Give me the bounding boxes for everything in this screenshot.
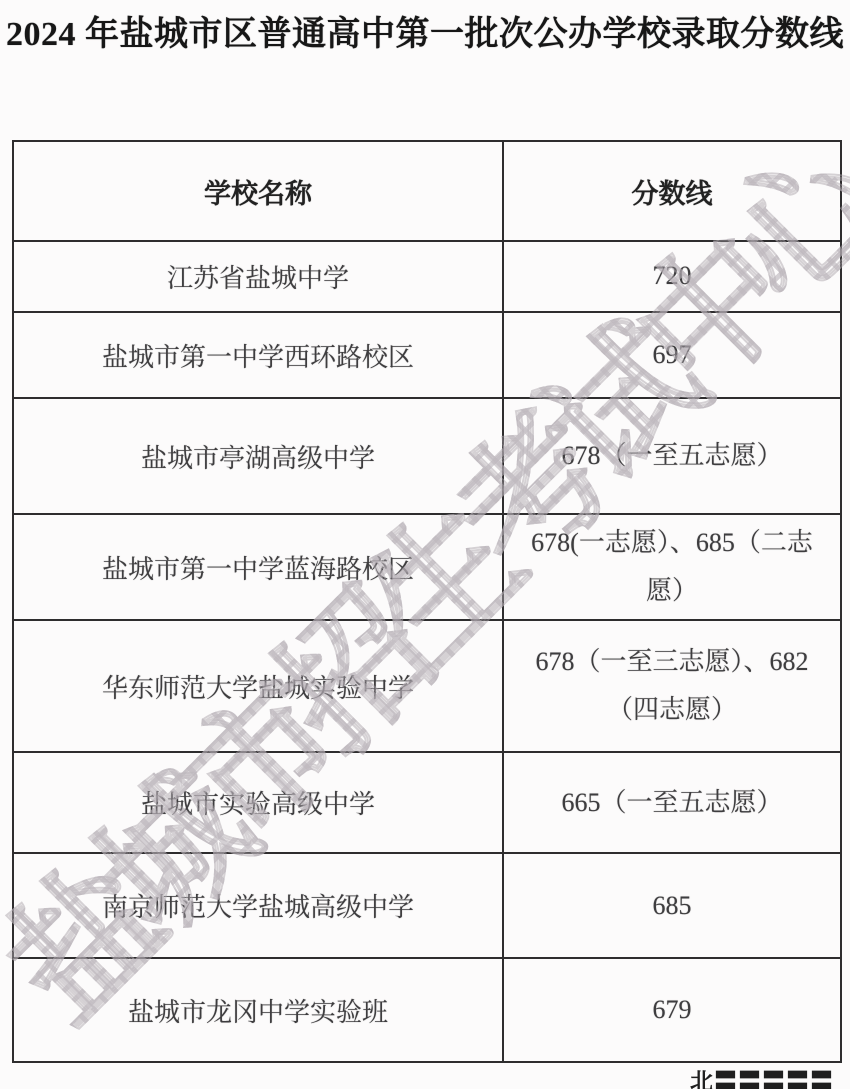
score-table: 学校名称 分数线 江苏省盐城中学 720 盐城市第一中学西环路校区 697 盐城…: [12, 140, 842, 1063]
school-name-cell: 盐城市第一中学蓝海路校区: [13, 514, 503, 620]
table-row: 江苏省盐城中学 720: [13, 241, 841, 312]
header-row: 学校名称 分数线: [13, 141, 841, 241]
school-name-cell: 盐城市龙冈中学实验班: [13, 958, 503, 1062]
bottom-clipped-logo-text: 北〓〓〓〓〓〓: [690, 1068, 848, 1089]
score-cell: 678（一至三志愿）、682 （四志愿）: [503, 620, 841, 752]
document-page: 2024 年盐城市区普通高中第一批次公办学校录取分数线 学校名称 分数线 江苏省…: [0, 0, 850, 1089]
score-cell: 678（一至五志愿）: [503, 398, 841, 514]
score-cell: 720: [503, 241, 841, 312]
table-row: 盐城市第一中学西环路校区 697: [13, 312, 841, 398]
table-row: 盐城市第一中学蓝海路校区 678(一志愿）、685（二志 愿）: [13, 514, 841, 620]
score-cell: 678(一志愿）、685（二志 愿）: [503, 514, 841, 620]
column-header-school: 学校名称: [13, 141, 503, 241]
table-row: 盐城市亭湖高级中学 678（一至五志愿）: [13, 398, 841, 514]
school-name-cell: 盐城市亭湖高级中学: [13, 398, 503, 514]
table-row: 华东师范大学盐城实验中学 678（一至三志愿）、682 （四志愿）: [13, 620, 841, 752]
score-cell: 697: [503, 312, 841, 398]
page-title: 2024 年盐城市区普通高中第一批次公办学校录取分数线: [0, 6, 850, 55]
column-header-score: 分数线: [503, 141, 841, 241]
school-name-cell: 盐城市第一中学西环路校区: [13, 312, 503, 398]
school-name-cell: 华东师范大学盐城实验中学: [13, 620, 503, 752]
school-name-cell: 江苏省盐城中学: [13, 241, 503, 312]
score-cell: 679: [503, 958, 841, 1062]
school-name-cell: 盐城市实验高级中学: [13, 752, 503, 853]
table-row: 南京师范大学盐城高级中学 685: [13, 853, 841, 958]
school-name-cell: 南京师范大学盐城高级中学: [13, 853, 503, 958]
score-cell: 685: [503, 853, 841, 958]
table-row: 盐城市实验高级中学 665（一至五志愿）: [13, 752, 841, 853]
table-row: 盐城市龙冈中学实验班 679: [13, 958, 841, 1062]
score-cell: 665（一至五志愿）: [503, 752, 841, 853]
